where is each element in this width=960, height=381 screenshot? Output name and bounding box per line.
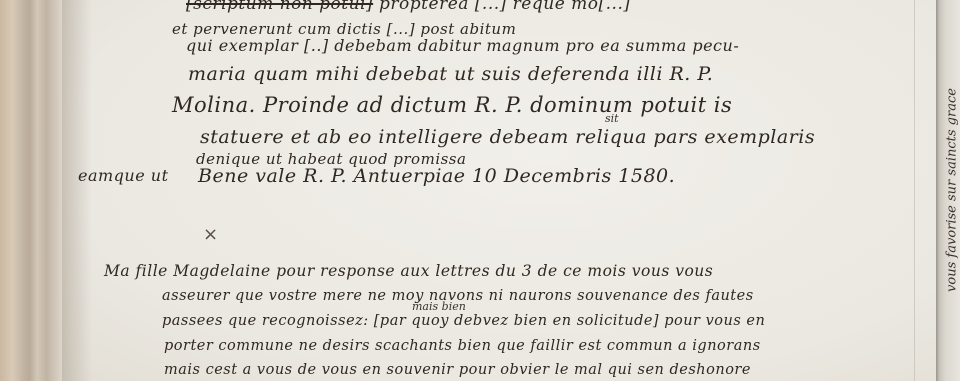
struck-text: [scriptum non potui] (186, 0, 373, 14)
lower-line-3: passees que recognoissez: [par quoy debv… (162, 313, 765, 329)
upper-line-8-closing-date: Bene vale R. P. Antuerpiae 10 Decembris … (198, 165, 675, 187)
insertion-superscript: sit (605, 112, 619, 125)
vertical-margin-note: vous favorise sur saincts grace (945, 88, 960, 292)
upper-line-1: [scriptum non potui] propterea [...] req… (186, 0, 630, 14)
separator-mark: × (203, 224, 218, 245)
upper-line-1-tail: propterea [...] reque mo[...] (379, 0, 630, 14)
lower-line-4: porter commune ne desirs scachants bien … (164, 338, 761, 354)
upper-line-3: qui exemplar [..] debebam dabitur magnum… (186, 36, 739, 55)
gutter-shadow (62, 0, 92, 381)
upper-line-7-prefix: eamque ut (78, 166, 169, 185)
upper-line-4: maria quam mihi debebat ut suis deferend… (188, 63, 713, 85)
margin-rule (914, 0, 915, 381)
upper-line-5: Molina. Proinde ad dictum R. P. dominum … (172, 93, 732, 117)
insertion-superscript-2: mais bien (412, 300, 466, 313)
upper-line-6: statuere et ab eo intelligere debeam rel… (200, 126, 815, 148)
lower-line-5: mais cest a vous de vous en souvenir pou… (164, 362, 751, 378)
book-binding (0, 0, 62, 381)
lower-line-1: Ma fille Magdelaine pour response aux le… (104, 262, 713, 280)
lower-line-3-text: passees que recognoissez: [par quoy debv… (162, 313, 765, 329)
